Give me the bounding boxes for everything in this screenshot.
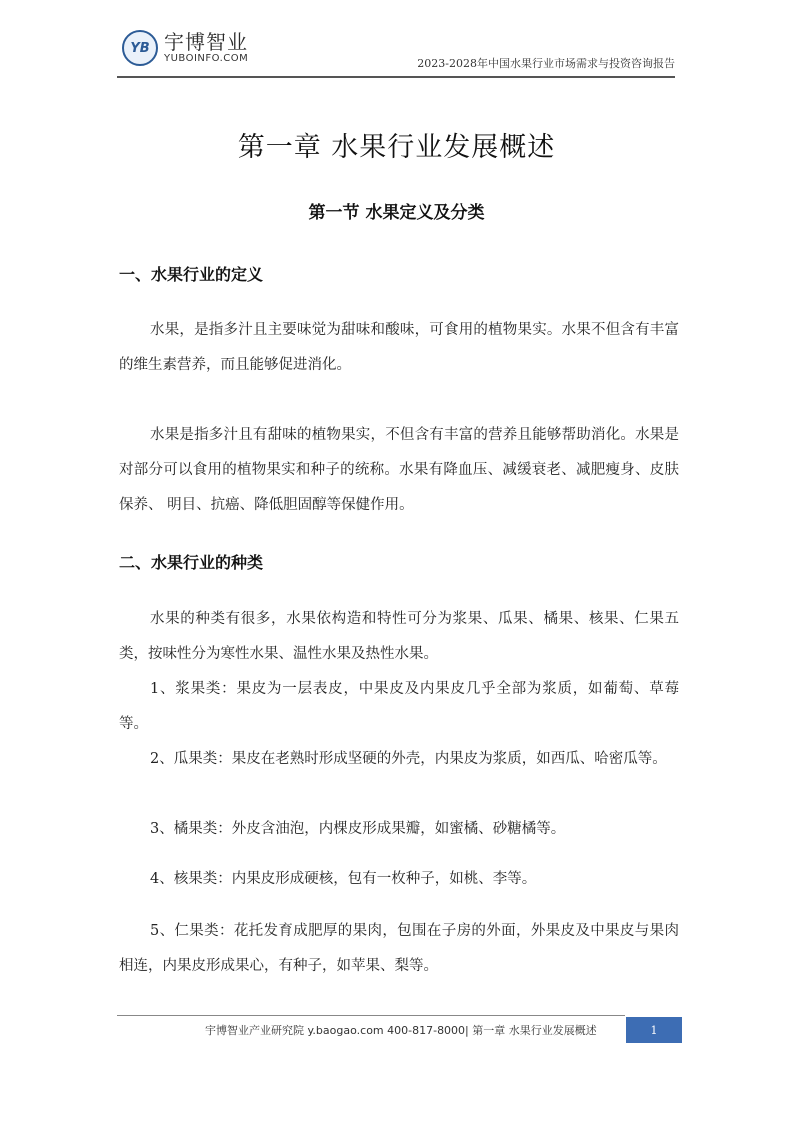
list-item: 3、橘果类：外皮含油泡，内棵皮形成果瓣，如蜜橘、砂糖橘等。: [119, 812, 679, 847]
logo-domain: YUBOINFO.COM: [164, 53, 248, 65]
report-title: 2023-2028年中国水果行业市场需求与投资咨询报告: [417, 55, 675, 71]
list-item: 1、浆果类：果皮为一层表皮，中果皮及内果皮几乎全部为浆质，如葡萄、草莓等。: [119, 672, 679, 742]
list-item: 4、核果类：内果皮形成硬核，包有一枚种子，如桃、李等。: [119, 862, 679, 897]
logo-chinese-name: 宇博智业: [164, 31, 248, 53]
page-number: 1: [626, 1017, 682, 1043]
section-title: 第一节 水果定义及分类: [0, 198, 793, 223]
list-item: 5、仁果类：花托发育成肥厚的果肉，包围在子房的外面，外果皮及中果皮与果肉相连，内…: [119, 914, 679, 984]
footer-text: 宇博智业产业研究院 y.baogao.com 400-817-8000| 第一章…: [205, 1022, 597, 1038]
paragraph: 水果是指多汁且有甜味的植物果实，不但含有丰富的营养且能够帮助消化。水果是对部分可…: [119, 418, 679, 523]
logo-icon: YB: [122, 30, 158, 66]
chapter-title: 第一章 水果行业发展概述: [0, 125, 793, 164]
paragraph: 水果，是指多汁且主要味觉为甜味和酸味，可食用的植物果实。水果不但含有丰富的维生素…: [119, 313, 679, 383]
header-divider: [117, 76, 675, 78]
footer-divider: [117, 1015, 625, 1016]
subsection-heading-types: 二、水果行业的种类: [119, 550, 263, 573]
subsection-heading-definition: 一、水果行业的定义: [119, 262, 263, 285]
list-item: 2、瓜果类：果皮在老熟时形成坚硬的外壳，内果皮为浆质，如西瓜、哈密瓜等。: [119, 742, 679, 777]
page-footer: 宇博智业产业研究院 y.baogao.com 400-817-8000| 第一章…: [117, 1015, 682, 1045]
company-logo: YB 宇博智业 YUBOINFO.COM: [122, 30, 248, 66]
page-header: YB 宇博智业 YUBOINFO.COM 2023-2028年中国水果行业市场需…: [117, 28, 675, 78]
paragraph: 水果的种类有很多，水果依构造和特性可分为浆果、瓜果、橘果、核果、仁果五类，按味性…: [119, 602, 679, 672]
